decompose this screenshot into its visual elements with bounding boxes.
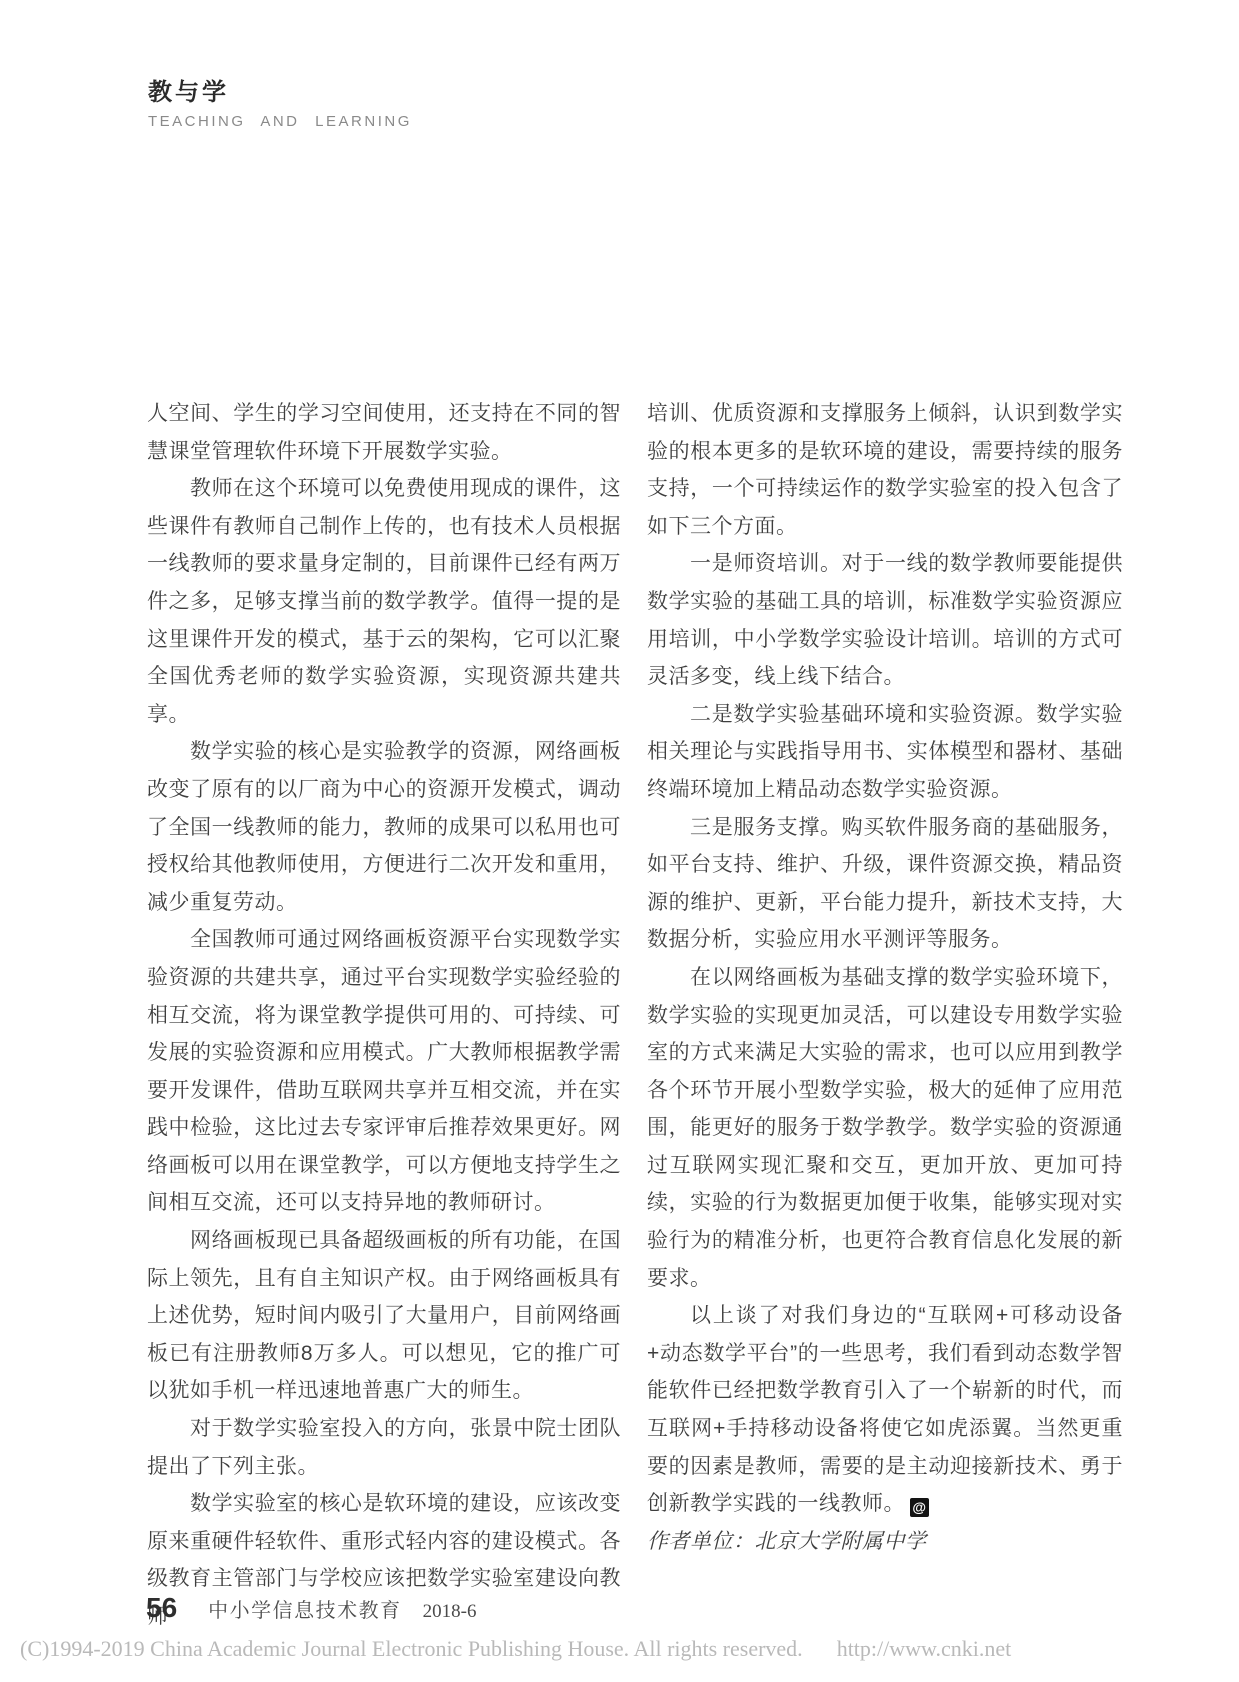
paragraph: 一是师资培训。对于一线的数学教师要能提供数学实验的基础工具的培训，标准数学实验资… bbox=[647, 545, 1123, 695]
paragraph: 三是服务支撑。购买软件服务商的基础服务，如平台支持、维护、升级，课件资源交换，精… bbox=[647, 809, 1123, 959]
paragraph: 人空间、学生的学习空间使用，还支持在不同的智慧课堂管理软件环境下开展数学实验。 bbox=[147, 395, 621, 470]
article-column-left: 人空间、学生的学习空间使用，还支持在不同的智慧课堂管理软件环境下开展数学实验。 … bbox=[147, 395, 621, 1636]
article-column-right: 培训、优质资源和支撑服务上倾斜，认识到数学实验的根本更多的是软环境的建设，需要持… bbox=[647, 395, 1123, 1560]
paragraph: 二是数学实验基础环境和实验资源。数学实验相关理论与实践指导用书、实体模型和器材、… bbox=[647, 696, 1123, 809]
paragraph: 数学实验的核心是实验教学的资源，网络画板改变了原有的以厂商为中心的资源开发模式，… bbox=[147, 733, 621, 921]
copyright-line: (C)1994-2019 China Academic Journal Elec… bbox=[20, 1636, 1011, 1662]
paragraph-text: 以上谈了对我们身边的“互联网+可移动设备+动态数学平台”的一些思考，我们看到动态… bbox=[647, 1304, 1123, 1515]
paragraph: 在以网络画板为基础支撑的数学实验环境下，数学实验的实现更加灵活，可以建设专用数学… bbox=[647, 959, 1123, 1297]
page-footer: 56 中小学信息技术教育 2018-6 bbox=[146, 1592, 476, 1624]
page-header: 教与学 TEACHING AND LEARNING bbox=[148, 80, 412, 130]
paragraph: 教师在这个环境可以免费使用现成的课件，这些课件有教师自己制作上传的，也有技术人员… bbox=[147, 470, 621, 733]
end-of-article-icon: @ bbox=[910, 1498, 929, 1517]
issue-number: 2018-6 bbox=[423, 1601, 477, 1623]
author-affiliation: 作者单位：北京大学附属中学 bbox=[647, 1523, 1123, 1561]
journal-title: 中小学信息技术教育 bbox=[208, 1594, 402, 1623]
paragraph: 网络画板现已具备超级画板的所有功能，在国际上领先，且有自主知识产权。由于网络画板… bbox=[147, 1222, 621, 1410]
section-title-en: TEACHING AND LEARNING bbox=[148, 113, 412, 130]
page-number: 56 bbox=[146, 1592, 177, 1624]
paragraph: 以上谈了对我们身边的“互联网+可移动设备+动态数学平台”的一些思考，我们看到动态… bbox=[647, 1297, 1123, 1523]
copyright-url: http://www.cnki.net bbox=[837, 1636, 1012, 1661]
paragraph: 全国教师可通过网络画板资源平台实现数学实验资源的共建共享，通过平台实现数学实验经… bbox=[147, 921, 621, 1222]
section-title-cn: 教与学 bbox=[148, 80, 412, 106]
copyright-notice: (C)1994-2019 China Academic Journal Elec… bbox=[20, 1636, 803, 1661]
paragraph: 培训、优质资源和支撑服务上倾斜，认识到数学实验的根本更多的是软环境的建设，需要持… bbox=[647, 395, 1123, 545]
paragraph: 对于数学实验室投入的方向，张景中院士团队提出了下列主张。 bbox=[147, 1410, 621, 1485]
